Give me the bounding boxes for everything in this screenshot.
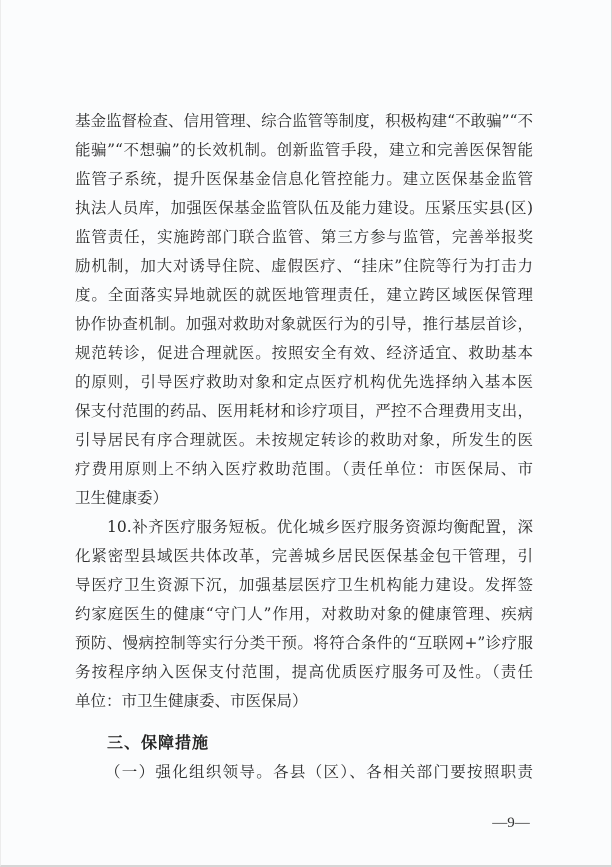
paragraph-line: 度。全面落实异地就医的就医地管理责任，建立跨区域医保管理: [75, 284, 533, 306]
document-page: 基金监督检查、信用管理、综合监管等制度，积极构建“不敢骗”“不 能骗”“不想骗”…: [0, 0, 612, 867]
paragraph-line: 监管责任，实施跨部门联合监管、第三方参与监管，完善举报奖: [75, 226, 533, 248]
paragraph-line: 的原则，引导医疗救助对象和定点医疗机构优先选择纳入基本医: [75, 371, 533, 393]
paragraph-line: 基金监督检查、信用管理、综合监管等制度，积极构建“不敢骗”“不: [75, 110, 533, 132]
item-10-line: 导医疗卫生资源下沉，加强基层医疗卫生机构能力建设。发挥签: [75, 574, 533, 596]
paragraph-line: 保支付范围的药品、医用耗材和诊疗项目，严控不合理费用支出，: [75, 400, 533, 422]
item-10-line: 化紧密型县域医共体改革，完善城乡居民医保基金包干管理，引: [75, 545, 533, 567]
paragraph-line: 执法人员库，加强医保基金监管队伍及能力建设。压紧压实县(区): [75, 197, 533, 219]
page-number: —9—: [486, 815, 536, 832]
item-10-line: 务按程序纳入医保支付范围，提高优质医疗服务可及性。（责任: [75, 661, 533, 683]
item-10-line: 约家庭医生的健康“守门人”作用，对救助对象的健康管理、疾病: [75, 603, 533, 625]
item-10-line: 10.补齐医疗服务短板。优化城乡医疗服务资源均衡配置，深: [107, 516, 533, 538]
paragraph-line: 引导居民有序合理就医。未按规定转诊的救助对象，所发生的医: [75, 429, 533, 451]
item-10-line: 单位：市卫生健康委、市医保局）: [75, 690, 533, 712]
paragraph-line: 监管子系统，提升医保基金信息化管控能力。建立医保基金监管: [75, 168, 533, 190]
section-heading: 三、保障措施: [107, 731, 209, 755]
paragraph-line: 励机制，加大对诱导住院、虚假医疗、“挂床”住院等行为打击力: [75, 255, 533, 277]
paragraph-line: 协作协查机制。加强对救助对象就医行为的引导，推行基层首诊，: [75, 313, 533, 335]
paragraph-line: 卫生健康委）: [75, 487, 533, 509]
subsection-line: （一）强化组织领导。各县（区）、各相关部门要按照职责: [105, 761, 533, 783]
item-10-line: 预防、慢病控制等实行分类干预。将符合条件的“互联网+”诊疗服: [75, 632, 533, 654]
paragraph-line: 能骗”“不想骗”的长效机制。创新监管手段，建立和完善医保智能: [75, 139, 533, 161]
paragraph-line: 规范转诊，促进合理就医。按照安全有效、经济适宜、救助基本: [75, 342, 533, 364]
paragraph-line: 疗费用原则上不纳入医疗救助范围。（责任单位：市医保局、市: [75, 458, 533, 480]
